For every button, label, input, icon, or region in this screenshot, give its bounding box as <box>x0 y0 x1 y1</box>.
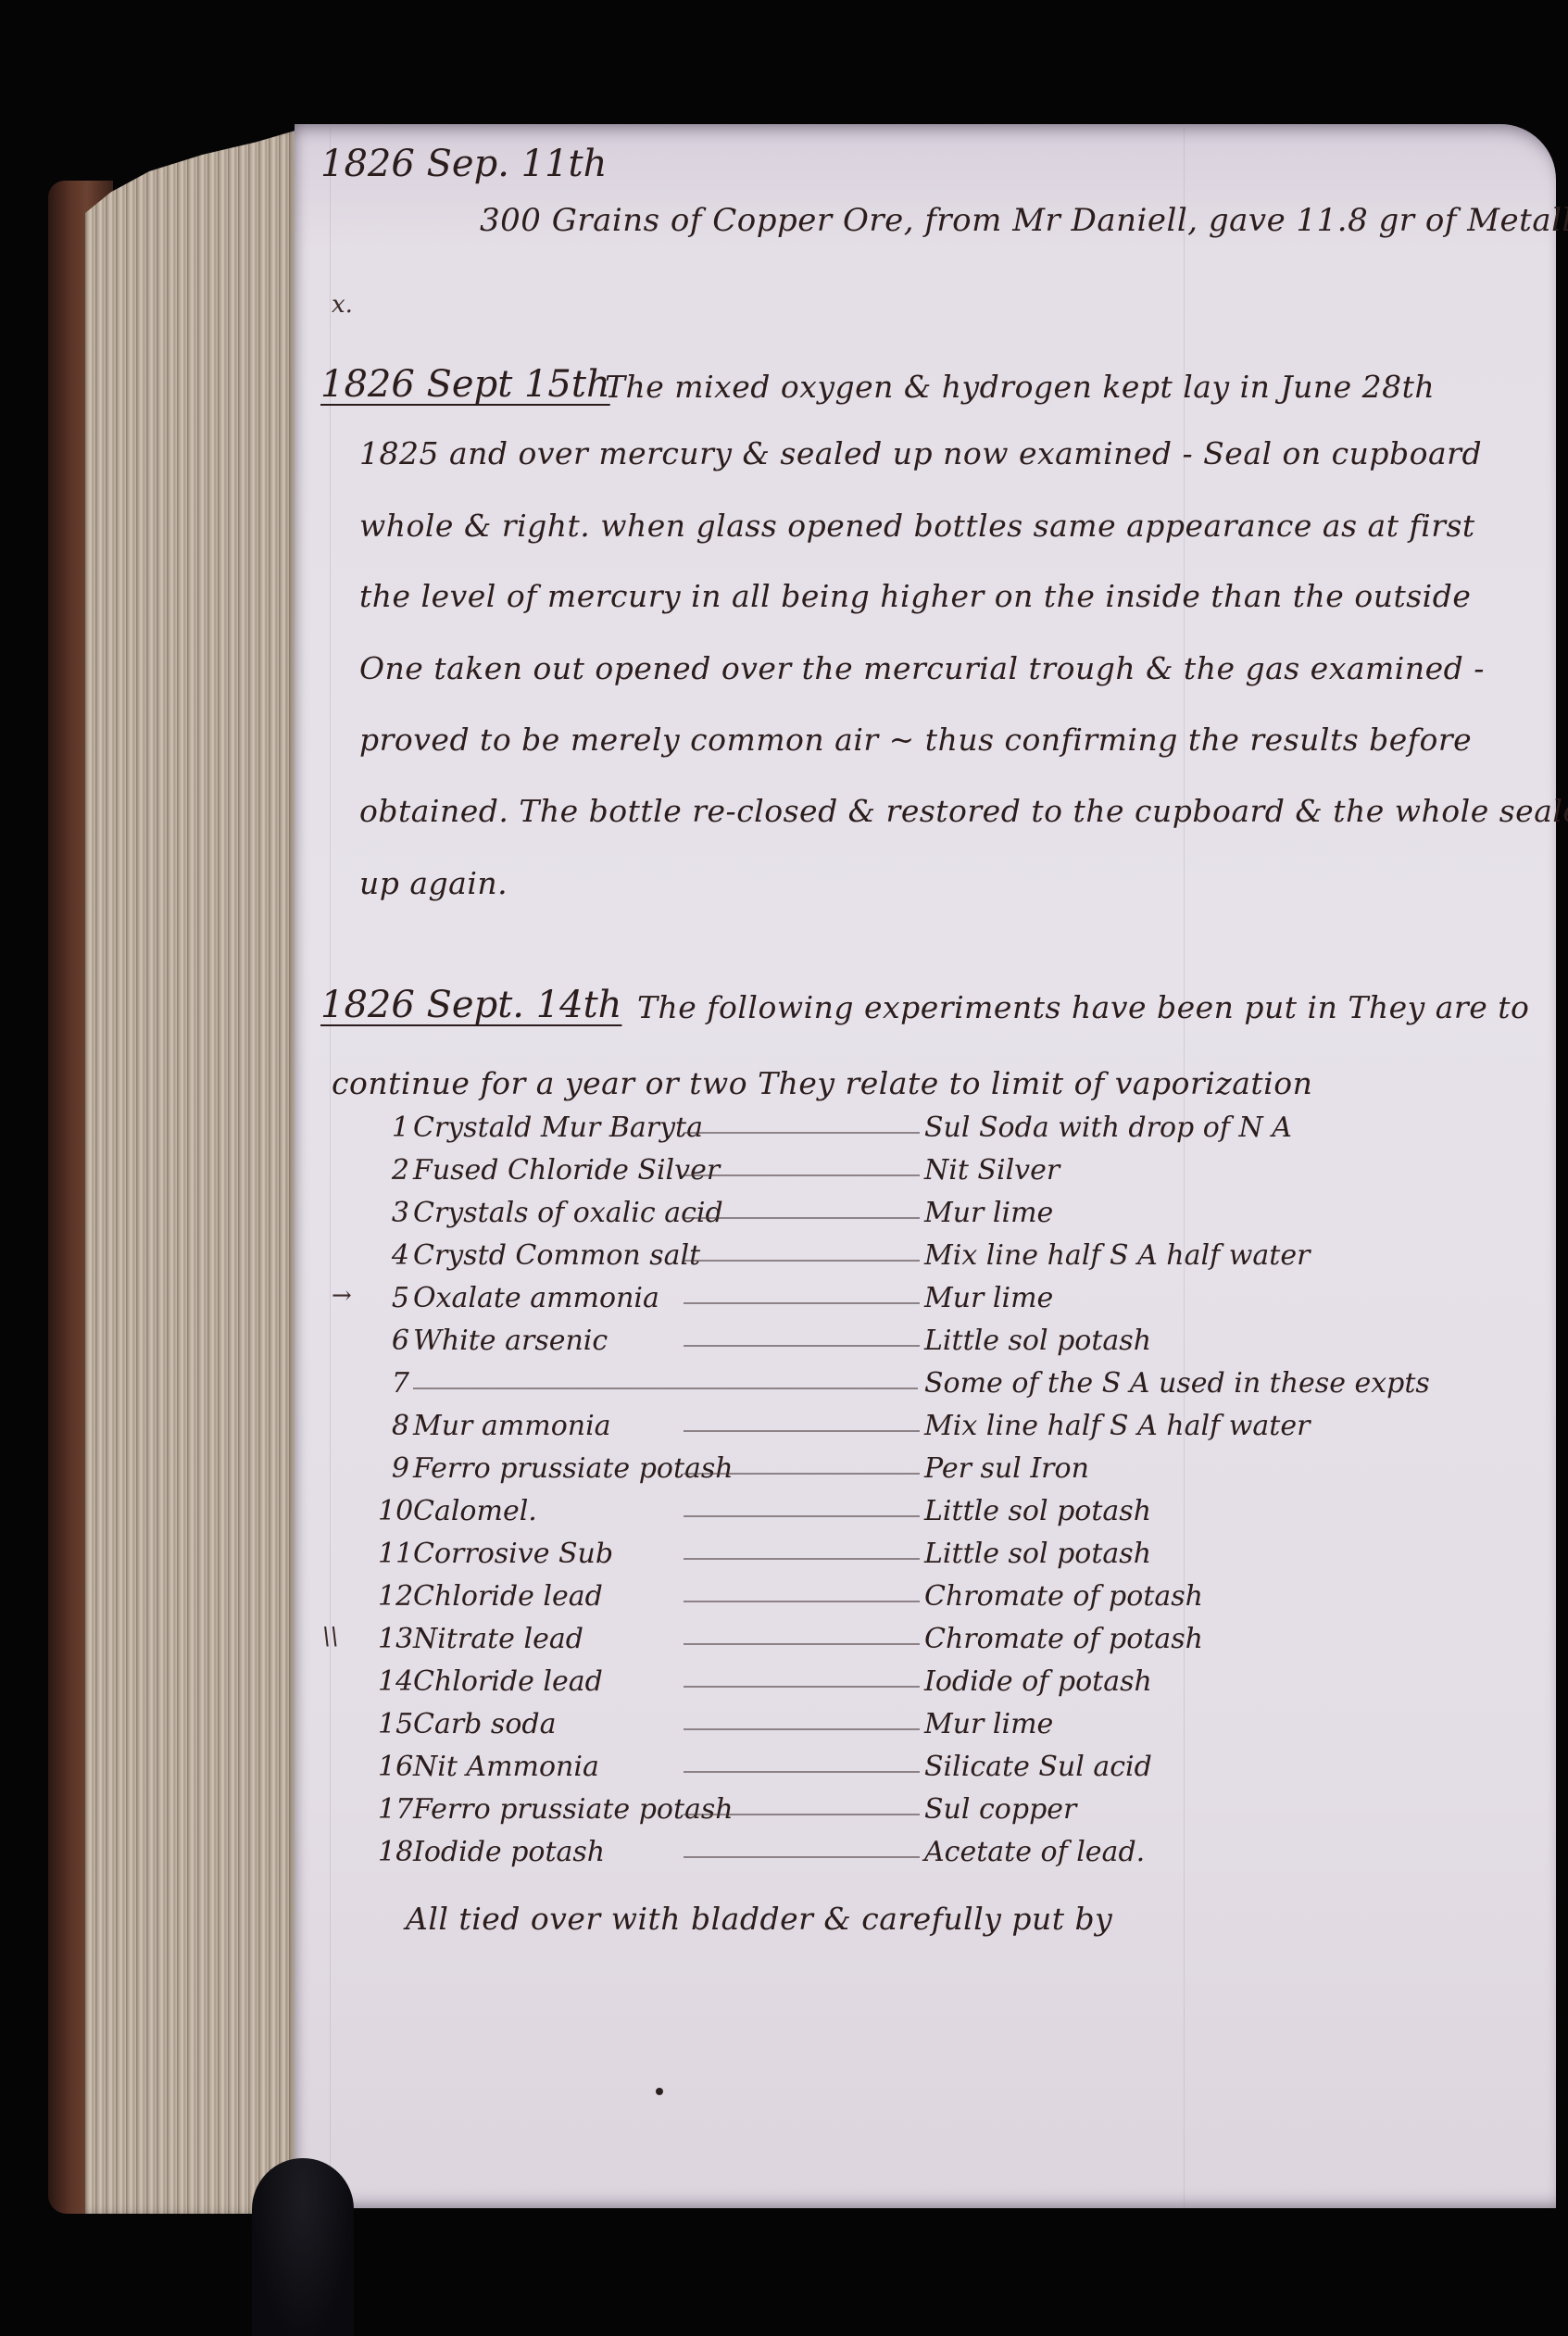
experiment-row: 4Crystd Common saltMix line half S A hal… <box>295 1239 1556 1280</box>
gloved-thumb <box>252 2158 354 2336</box>
experiment-row: 17Ferro prussiate potashSul copper <box>295 1793 1556 1834</box>
entry-2-line-2: 1825 and over mercury & sealed up now ex… <box>359 435 1482 471</box>
experiment-row: 12Chloride leadChromate of potash <box>295 1580 1556 1621</box>
closing-note: All tied over with bladder & carefully p… <box>406 1901 1112 1937</box>
experiment-row: 6White arsenicLittle sol potash <box>295 1325 1556 1365</box>
notebook-page: 1826 Sep. 11th 300 Grains of Copper Ore,… <box>295 124 1556 2208</box>
experiment-row: 8Mur ammoniaMix line half S A half water <box>295 1410 1556 1451</box>
experiment-row: 2Fused Chloride SilverNit Silver <box>295 1154 1556 1195</box>
experiment-row: 11Corrosive SubLittle sol potash <box>295 1538 1556 1578</box>
ink-spot <box>656 2088 663 2095</box>
experiment-row: 18Iodide potashAcetate of lead. <box>295 1836 1556 1877</box>
entry-date-3: 1826 Sept. 14th <box>320 984 621 1026</box>
experiment-row: 14Chloride leadIodide of potash <box>295 1665 1556 1706</box>
experiment-row: 3Crystals of oxalic acidMur lime <box>295 1197 1556 1237</box>
margin-arrow-mark: → <box>332 1282 352 1310</box>
entry-2-line-1: The mixed oxygen & hydrogen kept lay in … <box>605 369 1435 405</box>
experiment-row: 16Nit AmmoniaSilicate Sul acid <box>295 1751 1556 1791</box>
margin-tick-marks: \\ <box>322 1623 339 1651</box>
experiment-row: 7Some of the S A used in these expts <box>295 1367 1556 1408</box>
experiment-row: 15Carb sodaMur lime <box>295 1708 1556 1749</box>
entry-2-line-4: the level of mercury in all being higher… <box>359 578 1471 614</box>
entry-3-line-1: The following experiments have been put … <box>637 989 1529 1025</box>
entry-3-line-2: continue for a year or two They relate t… <box>332 1065 1312 1101</box>
experiment-row: 9Ferro prussiate potashPer sul Iron <box>295 1452 1556 1493</box>
entry-2-line-6: proved to be merely common air ~ thus co… <box>359 722 1472 758</box>
entry-2-line-7: obtained. The bottle re-closed & restore… <box>359 793 1568 829</box>
entry-2-line-5: One taken out opened over the mercurial … <box>359 650 1485 686</box>
margin-mark-x: x. <box>332 291 353 319</box>
entry-1-line: 300 Grains of Copper Ore, from Mr Daniel… <box>480 202 1568 239</box>
experiment-row: 5Oxalate ammoniaMur lime <box>295 1282 1556 1323</box>
entry-2-line-8: up again. <box>359 865 508 901</box>
entry-date-2: 1826 Sept 15th <box>320 363 610 406</box>
experiment-row: 10Calomel.Little sol potash <box>295 1495 1556 1536</box>
experiment-row: 1Crystald Mur BarytaSul Soda with drop o… <box>295 1111 1556 1152</box>
entry-2-line-3: whole & right. when glass opened bottles… <box>359 508 1475 544</box>
experiment-row: 13Nitrate leadChromate of potash <box>295 1623 1556 1664</box>
page-edges <box>85 130 298 2214</box>
entry-date-1: 1826 Sep. 11th <box>320 143 607 185</box>
